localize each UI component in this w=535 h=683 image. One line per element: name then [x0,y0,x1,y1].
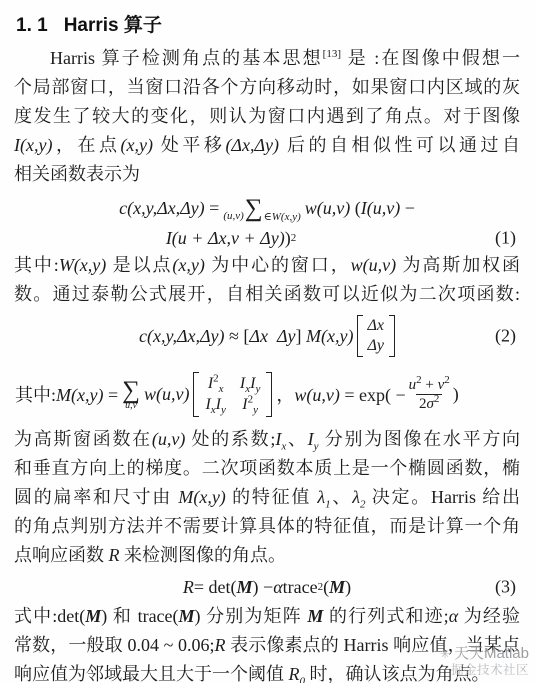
summation-symbol: (u,v) ∑ ∈W(x,y) [222,196,301,221]
vector-entry: Δy [368,337,385,355]
formula: c(x,y,Δx,Δy) = (u,v) ∑ ∈W(x,y) w(u,v) (I… [119,196,415,221]
formula-fragment: 其中:M(x,y) = [15,381,118,407]
text-line: 圆的扁率和尺寸由 M(x,y) 的特征值 λ1、λ2 决定。Harris 给出 [14,483,520,512]
matrix-entry: I2y [240,396,260,414]
equation-1-line-2: I(u + Δx,v + Δy))2 (1) [14,225,520,251]
watermark: ✳ 天天Matlab 掘金技术社区 [440,645,529,679]
equation-1-line-1: c(x,y,Δx,Δy) = (u,v) ∑ ∈W(x,y) w(u,v) (I… [14,191,520,225]
matrix-bracket-right [266,372,272,417]
section-title: Harris 算子 [64,10,162,37]
sum-subscript-left: (u,v) [223,210,243,222]
formula-fragment: R = det( M) − αtrace2 ( M) [183,577,351,598]
vector-entries: Δx Δy [363,315,390,357]
formula-fragment: ) [453,384,459,405]
matrix-formula: 其中:M(x,y) = ∑ u,v w(u,v) I2x IxIy IxIy I… [14,363,520,425]
formula-fragment: I(u + Δx,v + Δy))2 [166,228,296,249]
sum-subscript-right: ∈W(x,y) [264,210,301,223]
vector-entry: Δx [368,317,385,335]
equation-number: (3) [495,577,516,598]
formula-fragment: w(u,v) [144,384,189,405]
equation-number: (1) [495,228,516,249]
text-line: 和垂直方向上的梯度。二次项函数本质上是一个椭圆函数，椭 [14,454,520,483]
fraction-denominator: 2σ2 [416,394,442,413]
paper-page: 1. 1 Harris 算子 Harris 算子检测角点的基本思想[13] 是 … [0,0,535,683]
matrix: I2x IxIy IxIy I2y [193,372,272,417]
section-heading: 1. 1 Harris 算子 [16,10,520,34]
summation-symbol: ∑ u,v [122,378,140,411]
sum-subscript: u,v [125,400,137,411]
watermark-logo-icon: ✳ [440,647,450,662]
watermark-line-1: ✳ 天天Matlab [440,645,529,664]
equation-number: (2) [495,326,516,347]
column-vector: Δx Δy [357,315,396,357]
text-line: 个局部窗口，当窗口沿各个方向移动时，如果窗口内区域的灰 [14,73,520,102]
text-line: 相关函数表示为 [14,160,520,189]
matrix-entry: IxIy [240,375,260,393]
text-line: Harris 算子检测角点的基本思想[13] 是 :在图像中假想一 [14,44,520,73]
text-line: 点响应函数 R 来检测图像的角点。 [14,541,520,570]
formula: c(x,y,Δx,Δy) ≈ [Δx Δy] M(x,y) Δx Δy [139,315,395,357]
text-line: 为高斯窗函数在(u,v) 处的系数;Ix、Iy 分别为图像在水平方向 [14,425,520,454]
text-line: 式中:det(M) 和 trace(M) 分别为矩阵 M 的行列式和迹;α 为经… [14,602,520,631]
text-line: 数。通过泰勒公式展开，自相关函数可以近似为二次项函数: [14,280,520,309]
text-line: 其中:W(x,y) 是以点(x,y) 为中心的窗口，w(u,v) 为高斯加权函 [14,251,520,280]
equation-3: R = det( M) − αtrace2 ( M) (3) [14,572,520,602]
text-line: 度发生了较大的变化，则认为窗口内遇到了角点。对于图像 [14,102,520,131]
matrix-entry: IxIy [205,396,225,414]
watermark-line-2: 掘金技术社区 [440,663,529,679]
formula-fragment: c(x,y,Δx,Δy) = [119,198,219,219]
equation-2: c(x,y,Δx,Δy) ≈ [Δx Δy] M(x,y) Δx Δy (2) [14,309,520,363]
section-number: 1. 1 [16,15,48,37]
formula-fragment: w(u,v) (I(u,v) − [305,198,415,219]
matrix-entries: I2x IxIy IxIy I2y [199,372,266,417]
formula-fragment: c(x,y,Δx,Δy) ≈ [Δx Δy] M(x,y) [139,326,354,347]
formula-fragment: ，w(u,v) = exp( − [276,381,405,407]
fraction-numerator: u2 + v2 [409,376,450,394]
fraction: u2 + v2 2σ2 [409,376,450,413]
sigma-glyph: ∑ [245,196,263,221]
text-line: 的角点判别方法并不需要计算具体的特征值，而是计算一个角 [14,512,520,541]
watermark-brand: 天天Matlab [454,645,529,664]
text-line: I(x,y)，在点(x,y) 处平移(Δx,Δy) 后的自相似性可以通过自 [14,131,520,160]
vector-bracket-right [389,315,395,357]
matrix-entry: I2x [205,375,225,393]
